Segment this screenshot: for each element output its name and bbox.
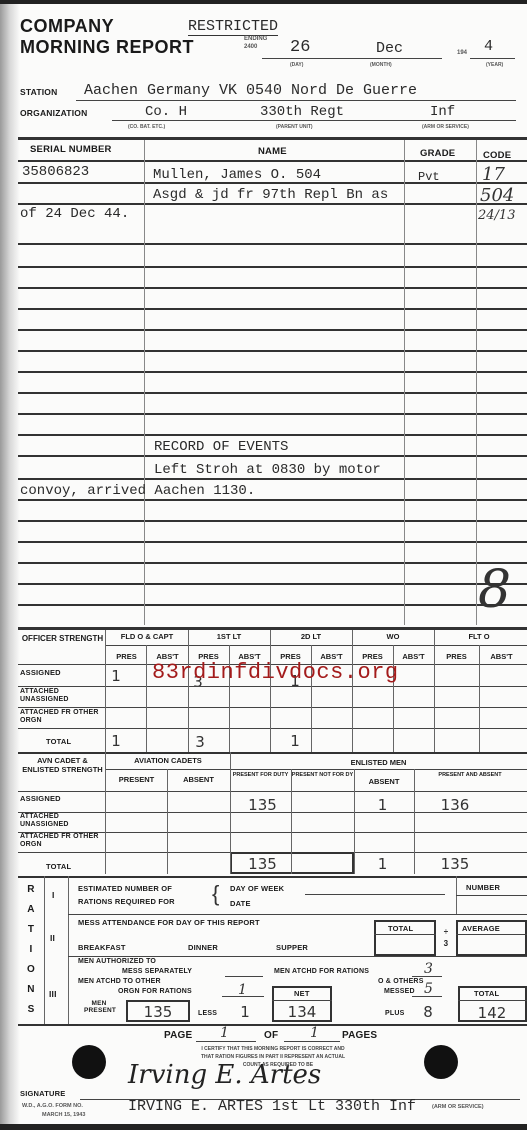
officer-group-label: FLT O <box>434 632 524 641</box>
col-serial-number: SERIAL NUMBER <box>30 144 112 155</box>
col-grade: GRADE <box>420 148 455 159</box>
entry-text: of 24 Dec 44. <box>20 206 129 222</box>
form-date: MARCH 15, 1943 <box>42 1112 85 1118</box>
row-label-attached-unassigned: ATTACHED UNASSIGNED <box>20 688 100 704</box>
company-caption: (CO. BAT. ETC.) <box>128 124 165 130</box>
certify-line-1: I CERTIFY THAT THIS MORNING REPORT IS CO… <box>158 1046 388 1052</box>
of-label: OF <box>264 1030 278 1041</box>
station-value: Aachen Germany VK 0540 Nord De Guerre <box>84 82 417 99</box>
enlisted-men-group: ENLISTED MEN <box>230 758 527 767</box>
rations-letter: T <box>24 920 38 940</box>
record-of-events-heading: RECORD OF EVENTS <box>154 439 288 456</box>
supper-label: SUPPER <box>276 943 308 952</box>
month-caption: (MONTH) <box>370 62 392 68</box>
binder-hole-icon <box>424 1045 458 1079</box>
others-value: 5 <box>424 981 433 997</box>
col-present-for-duty: PRESENT FOR DUTY <box>230 772 291 778</box>
aviation-cadets-group: AVIATION CADETS <box>106 756 230 765</box>
officer-value: 1 <box>285 732 305 750</box>
rations-total-value: 142 <box>462 1004 522 1022</box>
margin-mark: 8 <box>478 560 511 620</box>
enlisted-value: 135 <box>425 855 485 873</box>
enlisted-strength-label: AVN CADET & ENLISTED STRENGTH <box>20 756 105 774</box>
officer-value: 1 <box>106 667 126 685</box>
abst-label: ABS'T <box>479 652 524 661</box>
events-line-2: convoy, arrived Aachen 1130. <box>20 483 255 499</box>
rations-letter: N <box>24 980 38 1000</box>
time-label: 2400 <box>244 44 257 50</box>
serial-number: 35806823 <box>22 164 89 180</box>
signature-script: Irving E. Artes <box>128 1060 321 1090</box>
watermark: 83rdinfdivdocs.org <box>152 660 399 685</box>
rations-letter: S <box>24 1000 38 1020</box>
date-label: DATE <box>230 899 251 908</box>
auth-label-1: MEN AUTHORIZED TO <box>78 958 156 965</box>
col-absent: ABSENT <box>167 775 230 784</box>
row-label-attached-other: ATTACHED FR OTHER ORGN <box>20 833 100 849</box>
rations-letter: I <box>24 940 38 960</box>
officer-value: 1 <box>106 732 126 750</box>
sec1-label-2: RATIONS REQUIRED FOR <box>78 897 175 906</box>
atchd-rations-value: 3 <box>424 961 433 977</box>
mess-attendance-label: MESS ATTENDANCE FOR DAY OF THIS REPORT <box>78 918 260 927</box>
col-name: NAME <box>258 146 287 157</box>
net-value: 134 <box>276 1003 328 1021</box>
pres-label: PRES <box>106 652 147 661</box>
officer-strength-label: OFFICER STRENGTH <box>20 634 105 643</box>
section-3-number: III <box>49 989 57 999</box>
form-title-line1: COMPANY <box>20 16 114 36</box>
sec1-label-1: ESTIMATED NUMBER OF <box>78 884 172 893</box>
atchd-other-label-1: MEN ATCHD TO OTHER <box>78 978 161 985</box>
total-label: TOTAL <box>388 924 413 933</box>
scan-edge-bottom <box>0 1124 527 1130</box>
row-label-attached-unassigned: ATTACHED UNASSIGNED <box>20 813 100 829</box>
company-value: Co. H <box>145 104 187 120</box>
brace-icon: { <box>212 881 219 907</box>
plus-value: 8 <box>418 1003 438 1021</box>
others-label-2: MESSED <box>384 988 415 995</box>
regiment-caption: (PARENT UNIT) <box>276 124 313 130</box>
others-label-1: O & OTHERS <box>378 978 424 985</box>
binder-hole-icon <box>72 1045 106 1079</box>
arm-value: Inf <box>430 104 455 120</box>
form-number: W.D., A.G.O. FORM NO. <box>22 1103 83 1109</box>
section-1-number: I <box>52 890 55 900</box>
report-day: 26 <box>290 38 310 57</box>
less-label: LESS <box>198 1010 217 1017</box>
total-label: TOTAL <box>474 989 499 998</box>
events-line-1: Left Stroh at 0830 by motor <box>154 462 381 478</box>
year-caption: (YEAR) <box>486 62 503 68</box>
col-present-and-absent: PRESENT AND ABSENT <box>414 772 526 778</box>
enlisted-value: 135 <box>235 855 290 873</box>
row-label-attached-other: ATTACHED FR OTHER ORGN <box>20 709 100 725</box>
col-present: PRESENT <box>106 775 167 784</box>
scan-edge-top <box>0 0 527 4</box>
atchd-other-value: 1 <box>238 982 247 998</box>
page-number: 1 <box>220 1025 229 1041</box>
arm-service-caption: (ARM OR SERVICE) <box>432 1104 484 1110</box>
divide-by-three: ÷ 3 <box>441 926 451 950</box>
men-present-value: 135 <box>130 1003 186 1021</box>
auth-label-2: MESS SEPARATELY <box>122 968 192 975</box>
average-label: AVERAGE <box>462 924 500 933</box>
page-label: PAGE <box>164 1030 192 1041</box>
officer-group-label: 1ST LT <box>188 632 270 641</box>
arm-caption: (ARM OR SERVICE) <box>422 124 469 130</box>
report-year: 4 <box>484 38 493 55</box>
rations-side-label: R A T I O N S <box>24 880 38 1020</box>
atchd-rations-label: MEN ATCHD FOR RATIONS <box>274 968 369 975</box>
number-label: NUMBER <box>466 883 500 892</box>
morning-report-page: COMPANY MORNING REPORT RESTRICTED ENDING… <box>0 0 527 1130</box>
report-month: Dec <box>376 40 403 57</box>
total-pages: 1 <box>310 1025 319 1041</box>
row-label-total: TOTAL <box>46 737 71 746</box>
col-present-not-for-duty: PRESENT NOT FOR DY <box>291 772 354 778</box>
row-label-total: TOTAL <box>46 862 71 871</box>
signature-label: SIGNATURE <box>20 1089 65 1098</box>
year-prefix: 194 <box>457 50 467 56</box>
pres-label: PRES <box>434 652 479 661</box>
rations-letter: R <box>24 880 38 900</box>
row-label-assigned: ASSIGNED <box>20 794 61 803</box>
col-absent: ABSENT <box>354 777 414 786</box>
ending-label: ENDING <box>244 36 267 42</box>
men-present-label: MEN PRESENT <box>84 1000 114 1014</box>
abst-label: ABS'T <box>393 652 434 661</box>
day-of-week-label: DAY OF WEEK <box>230 884 284 893</box>
rations-letter: A <box>24 900 38 920</box>
dinner-label: DINNER <box>188 943 218 952</box>
net-label: NET <box>294 989 310 998</box>
regiment-value: 330th Regt <box>260 104 344 120</box>
form-title-line2: MORNING REPORT <box>20 37 194 57</box>
enlisted-value: 1 <box>360 855 405 873</box>
section-2-number: II <box>50 933 55 943</box>
classification-stamp: RESTRICTED <box>188 18 278 36</box>
day-caption: (DAY) <box>290 62 303 68</box>
pages-label: PAGES <box>342 1030 377 1041</box>
entry-name: Mullen, James O. 504 <box>153 167 321 183</box>
less-value: 1 <box>230 1003 260 1021</box>
rations-letter: O <box>24 960 38 980</box>
row-label-assigned: ASSIGNED <box>20 668 61 677</box>
entry-text: Asgd & jd fr 97th Repl Bn as <box>153 187 388 203</box>
officer-group-label: 2D LT <box>270 632 352 641</box>
organization-label: ORGANIZATION <box>20 108 87 118</box>
officer-value: 3 <box>190 733 210 751</box>
atchd-other-label-2: ORGN FOR RATIONS <box>118 988 192 995</box>
officer-group-label: FLD O & CAPT <box>106 632 188 641</box>
entry-code: 24/13 <box>478 208 515 223</box>
station-label: STATION <box>20 87 57 97</box>
signer-name: IRVING E. ARTES 1st Lt 330th Inf <box>128 1098 416 1115</box>
plus-label: PLUS <box>385 1010 404 1017</box>
officer-group-label: WO <box>352 632 434 641</box>
breakfast-label: BREAKFAST <box>78 943 126 952</box>
